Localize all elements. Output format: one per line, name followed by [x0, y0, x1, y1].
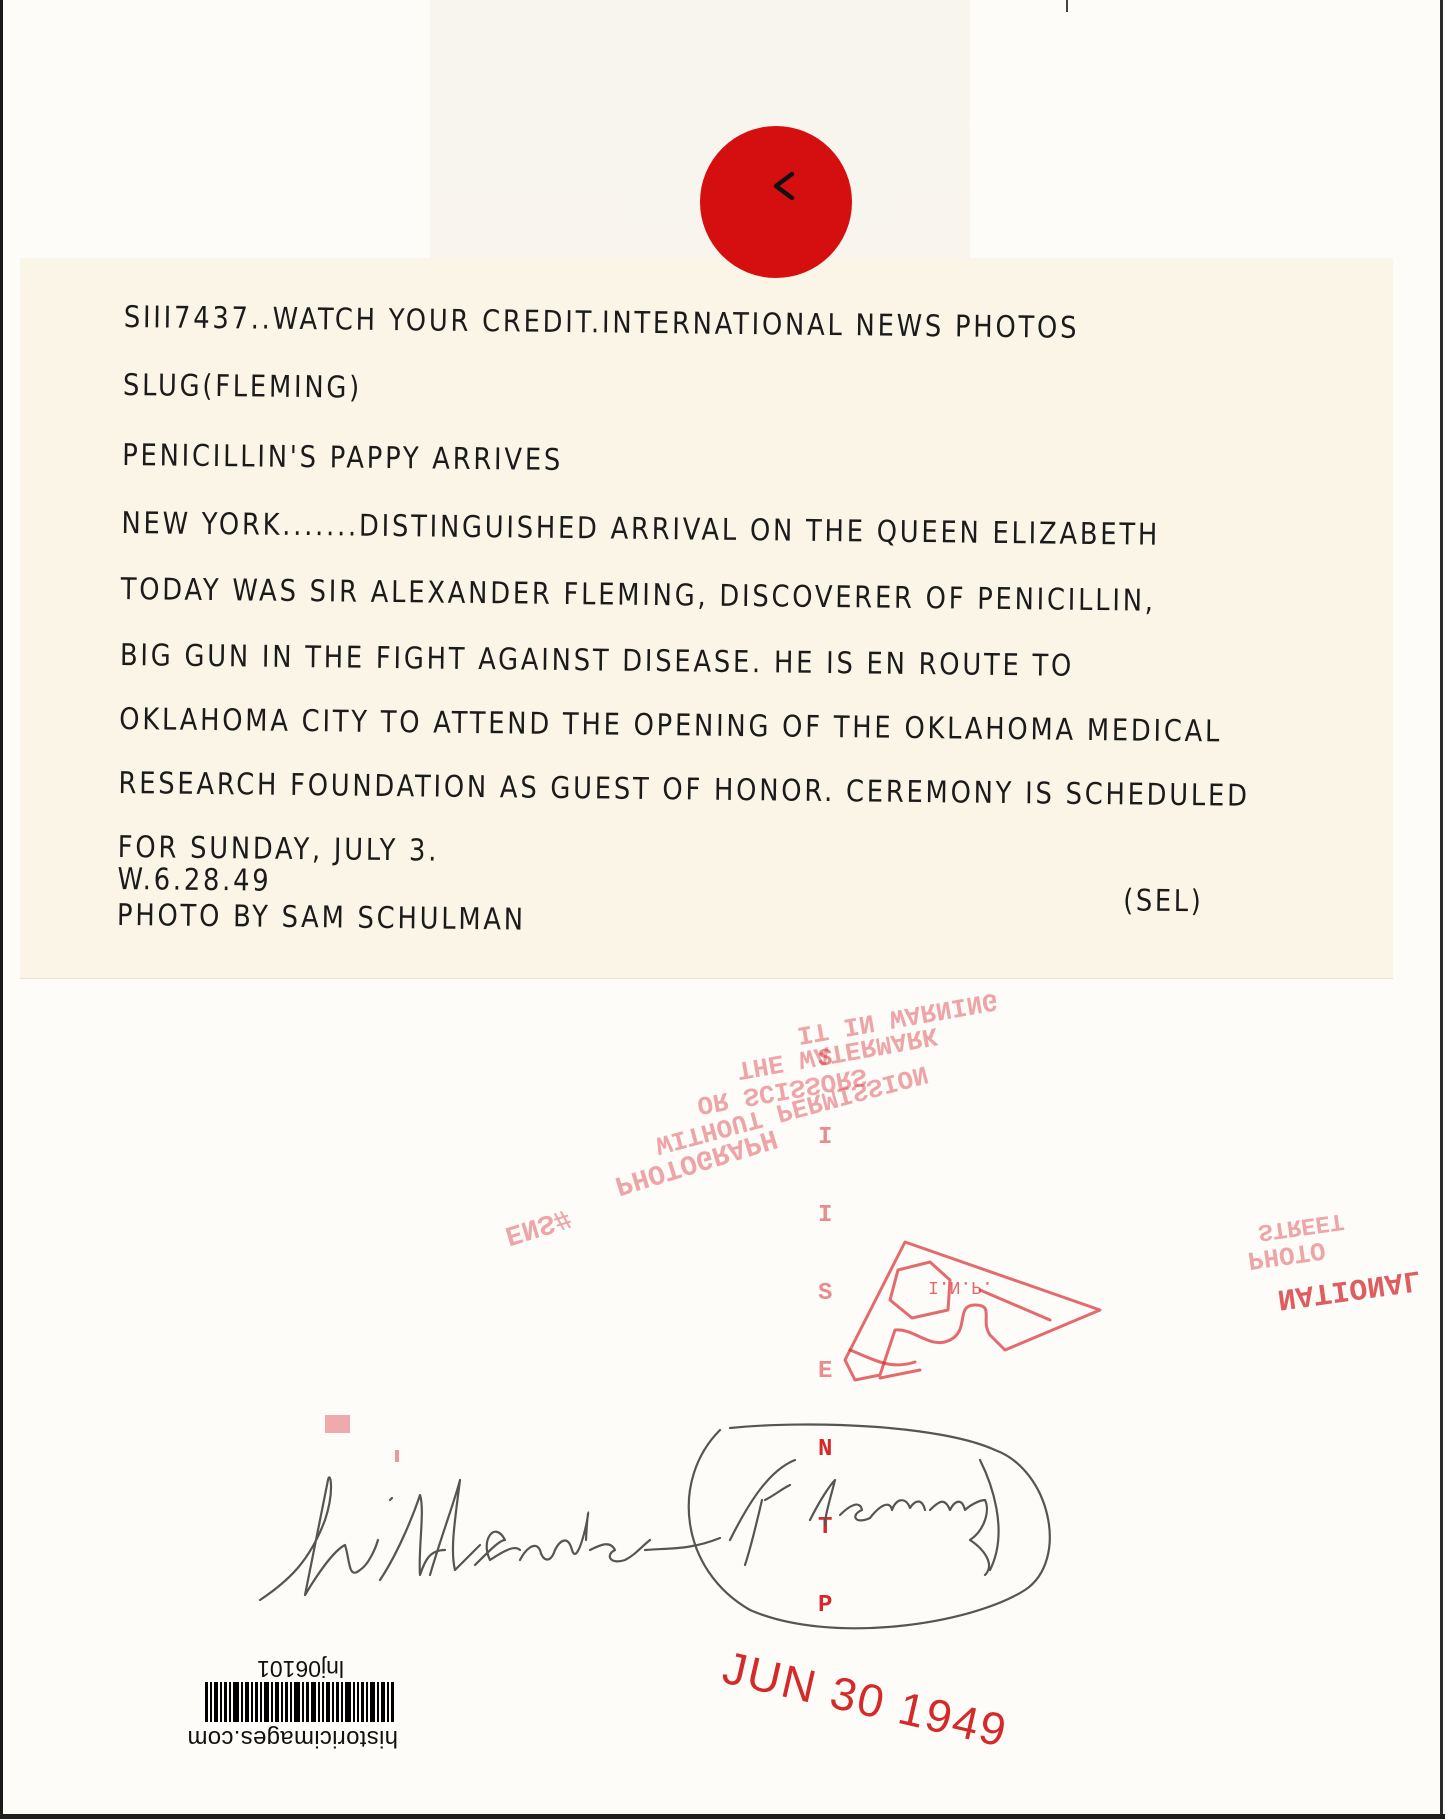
barcode-id-text: lnj06101 [257, 1655, 344, 1682]
chevron-left-icon [700, 126, 852, 278]
red-dot-sticker [700, 126, 852, 278]
scan-edge-bottom [0, 1814, 1445, 1819]
photo-credit: PHOTO BY SAM SCHULMAN [117, 898, 526, 939]
caption-line-slug: SLUG(FLEMING) [123, 368, 362, 407]
dateline-code: W.6.28.49 [117, 862, 271, 900]
scan-edge-left [0, 0, 3, 1819]
inp-logo-stamp-icon: I.N.P. [820, 1210, 1140, 1410]
handwritten-signature: Sir Alexander Fleming [250, 1400, 1350, 1630]
scan-edge-right [1440, 0, 1443, 1819]
barcode-icon [166, 1682, 394, 1722]
caption-line-headline: PENICILLIN'S PAPPY ARRIVES [122, 438, 563, 479]
barcode-site-text: historicimages.com [187, 1724, 398, 1752]
scan-edge-mark [1066, 0, 1068, 12]
svg-text:I.N.P.: I.N.P. [928, 1276, 993, 1296]
initials: (SEL) [1123, 883, 1203, 919]
barcode-label: historicimages.com lnj06101 [162, 1652, 402, 1752]
